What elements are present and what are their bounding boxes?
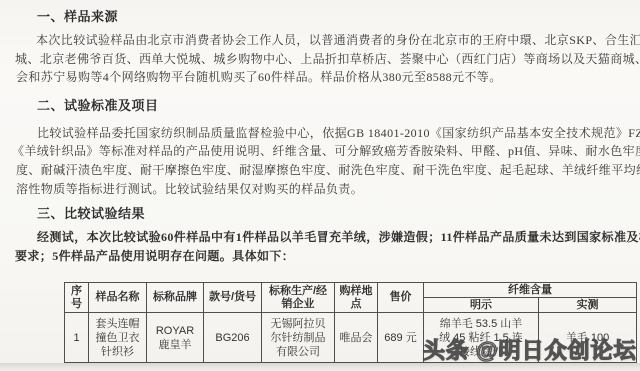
section-2-line-3: 度、耐碱汗渍色牢度、耐干摩擦色牢度、耐湿摩擦色牢度、耐洗色牢度、耐干洗色牢度、起… xyxy=(16,163,640,178)
cell-place: 唯品会 xyxy=(335,313,378,363)
cell-model: BG206 xyxy=(204,313,262,363)
section-1-line-2: 城、北京老佛爷百货、西单大悦城、城乡购物中心、上品折扣草桥店、荟聚中心（西红门店… xyxy=(15,52,640,67)
section-2-heading: 二、试验标准及项目 xyxy=(37,98,159,114)
cell-name: 套头连帽 撞色卫衣 针织衫 xyxy=(89,313,147,363)
section-1-heading: 一、样品来源 xyxy=(37,9,118,25)
section-1-line-3: 会和苏宁易购等4个网络购物平台随机购买了60件样品。样品价格从380元至8588… xyxy=(16,70,502,85)
section-1-line-1: 本次比较试验样品由北京市消费者协会工作人员，以普通消费者的身份在北京市的王府中環… xyxy=(36,33,640,48)
section-3-heading: 三、比较试验结果 xyxy=(37,206,145,222)
col-header-place: 购样地点 xyxy=(335,283,378,313)
section-3-line-2: 要求；5件样品产品使用说明存在问题。具体如下： xyxy=(15,249,294,264)
cell-price: 689 元 xyxy=(378,313,424,363)
col-header-model: 款号/货号 xyxy=(204,283,262,313)
col-header-fiber-measured: 实测 xyxy=(539,298,637,313)
toutiao-watermark: 头条 @明日众创论坛 xyxy=(423,339,637,363)
cell-index: 1 xyxy=(65,313,89,363)
col-header-fiber-labeled: 明示 xyxy=(424,298,539,313)
col-header-brand: 标称品牌 xyxy=(147,283,204,313)
cell-brand: ROYAR 鹿皇羊 xyxy=(147,313,204,363)
photo-bottom-edge xyxy=(0,363,640,371)
cell-manufacturer: 无锡阿拉贝 尔针纺制品 有限公司 xyxy=(262,313,335,363)
section-2-line-1: 比较试验样品委托国家纺织制品质量监督检验中心，依据GB 18401-2010《国… xyxy=(37,126,640,141)
col-header-price: 售价 xyxy=(378,283,424,313)
section-2-line-2: 《羊绒针织品》等标准对样品的产品使用说明、纤维含量、可分解致癌芳香胺染料、甲醛、… xyxy=(12,144,640,159)
col-header-index: 序号 xyxy=(65,283,89,313)
col-header-fiber-content: 纤维含量 xyxy=(424,283,637,298)
col-header-name: 样品名称 xyxy=(89,283,147,313)
col-header-manufacturer: 标称生产/经销企业 xyxy=(262,283,335,313)
section-3-line-1: 经测试，本次比较试验60件样品中有1件样品以羊毛冒充羊绒，涉嫌造假；11件样品产… xyxy=(37,230,640,245)
document-photo: 一、样品来源 本次比较试验样品由北京市消费者协会工作人员，以普通消费者的身份在北… xyxy=(0,0,640,371)
section-2-line-4: 溶性物质等指标进行测试。比较试验结果仅对购买的样品负责。 xyxy=(16,182,363,197)
